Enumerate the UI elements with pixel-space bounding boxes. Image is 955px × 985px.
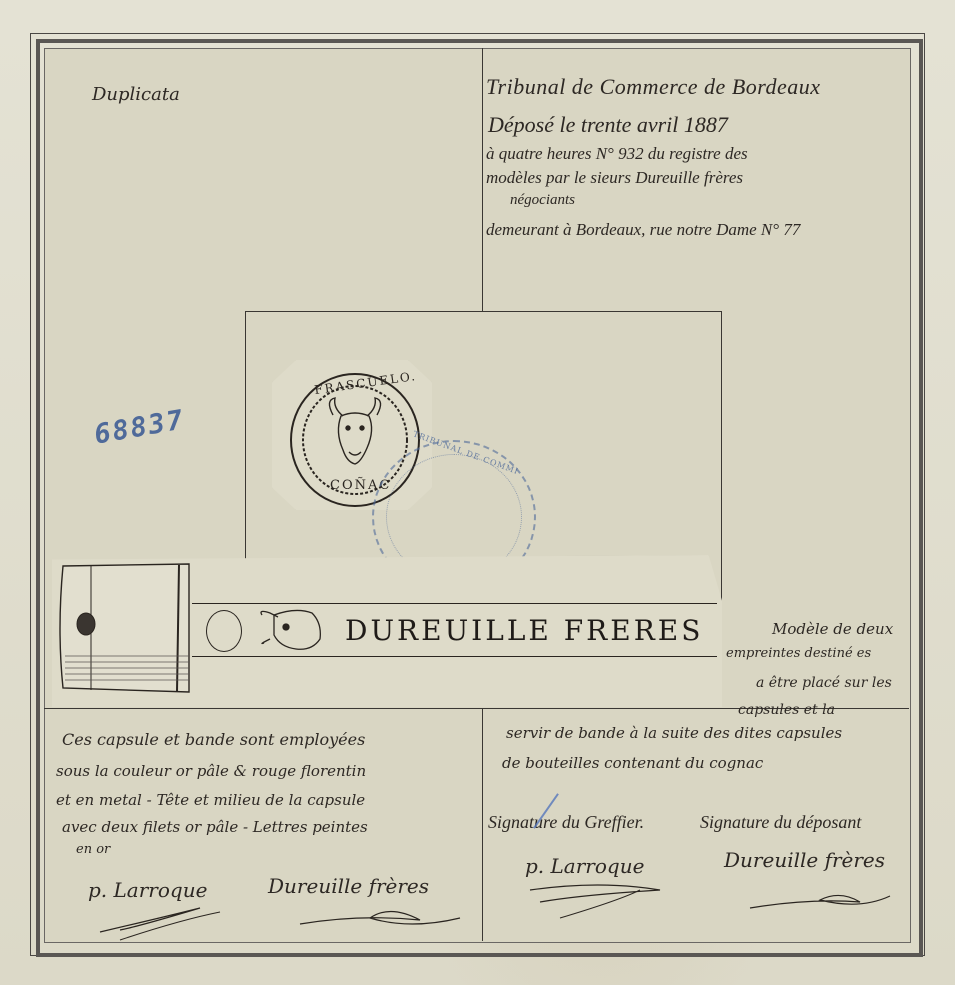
band-small-seal	[206, 610, 242, 652]
header-divider-vertical	[482, 48, 483, 312]
bull-head-icon	[329, 398, 380, 464]
signature-flourish-left	[60, 890, 480, 945]
description-right-line: capsules et la	[738, 702, 835, 718]
description-right-line: empreintes destiné es	[726, 646, 871, 661]
band-brand-label: DUREUILLE FRERES	[345, 614, 703, 647]
description-left-line: avec deux filets or pâle - Lettres peint…	[62, 818, 368, 836]
description-left-line: en or	[76, 842, 110, 857]
description-right-line: servir de bande à la suite des dites cap…	[506, 724, 842, 742]
description-right-line: de bouteilles contenant du cognac	[502, 754, 763, 772]
lower-divider-vertical	[482, 708, 483, 941]
depositor-address: demeurant à Bordeaux, rue notre Dame N° …	[486, 220, 800, 240]
center-box-top	[245, 311, 722, 312]
depositor-name: modèles par le sieurs Dureuille frères	[486, 168, 743, 188]
bull-head-band-icon	[256, 605, 328, 653]
description-left-line: sous la couleur or pâle & rouge florenti…	[56, 762, 366, 780]
capsule-drawing	[55, 560, 195, 700]
deposant-signature: Dureuille frères	[724, 848, 885, 872]
depositor-profession: négociants	[510, 192, 575, 209]
greffier-signature-label: Signature du Greffier.	[488, 812, 644, 833]
description-right-line: a être placé sur les	[756, 675, 892, 691]
signature-flourish-right	[520, 870, 920, 930]
description-right-line: Modèle de deux	[772, 620, 893, 638]
center-box-left	[245, 311, 246, 561]
deposant-signature-label: Signature du déposant	[700, 812, 861, 833]
deposit-time-register: à quatre heures N° 932 du registre des	[486, 144, 748, 164]
deposit-date: Déposé le trente avril 1887	[488, 112, 728, 138]
description-left-line: Ces capsule et bande sont employées	[62, 730, 365, 749]
description-left-line: et en metal - Tête et milieu de la capsu…	[56, 791, 365, 809]
duplicata-note: Duplicata	[92, 84, 180, 105]
court-title: Tribunal de Commerce de Bordeaux	[486, 74, 821, 100]
